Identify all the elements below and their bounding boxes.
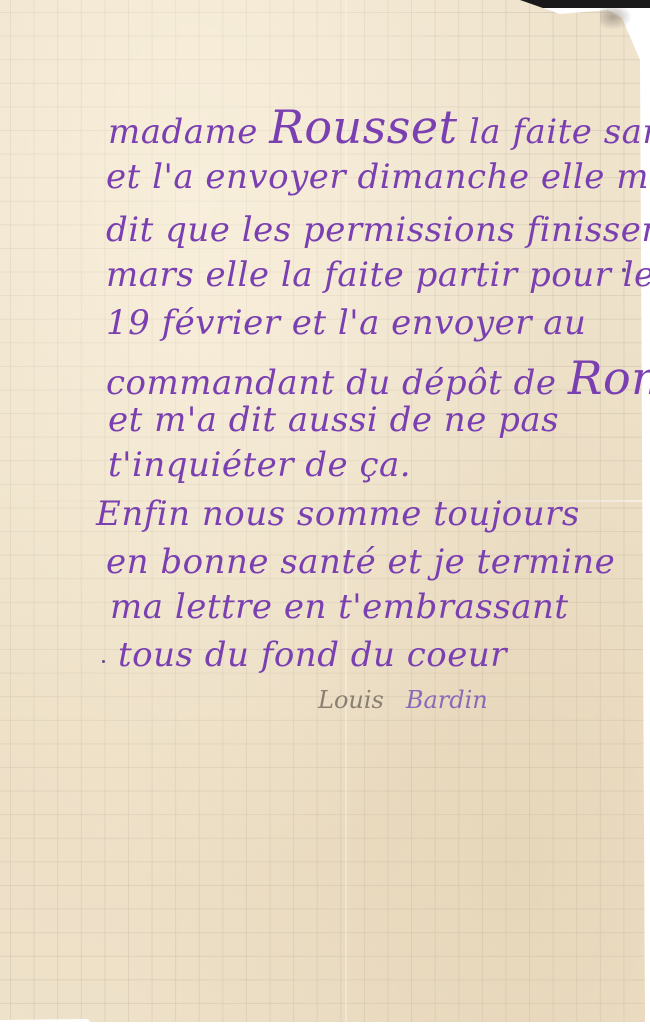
- letter-line-11: ma lettre en t'embrassant: [110, 590, 569, 624]
- text-fragment: la faite samedi: [458, 112, 650, 152]
- name-rousset: Rousset: [269, 100, 457, 154]
- letter-line-7: et m'a dit aussi de ne pas: [108, 403, 559, 437]
- letter-line-5: 19 février et l'a envoyer au: [106, 306, 586, 340]
- signature: LouisBardin: [318, 686, 488, 714]
- letter-line-9: Enfin nous somme toujours: [96, 497, 580, 531]
- place-romans: Romans: [568, 351, 650, 405]
- letter-line-3: dit que les permissions finissent six: [106, 213, 650, 247]
- text-fragment: commandant du dépôt de: [106, 363, 568, 403]
- signature-first-name: Louis: [318, 686, 384, 714]
- scanned-page: madame Rousset la faite samedi et l'a en…: [0, 0, 650, 1024]
- signature-last-name: Bardin: [406, 686, 488, 714]
- letter-line-12: tous du fond du coeur: [118, 638, 507, 672]
- letter-body: madame Rousset la faite samedi et l'a en…: [0, 0, 645, 1022]
- letter-line-2: et l'a envoyer dimanche elle m'a: [106, 160, 650, 194]
- ink-dot: [622, 268, 626, 272]
- letter-line-8: t'inquiéter de ça.: [108, 448, 411, 482]
- letter-line-1: madame Rousset la faite samedi: [108, 104, 650, 150]
- letter-line-10: en bonne santé et je termine: [106, 545, 615, 579]
- ink-dot: [102, 660, 105, 663]
- text-fragment: madame: [108, 112, 269, 152]
- letter-line-4: mars elle la faite partir pour le: [106, 258, 650, 292]
- letter-line-6: commandant du dépôt de Romans: [106, 355, 650, 401]
